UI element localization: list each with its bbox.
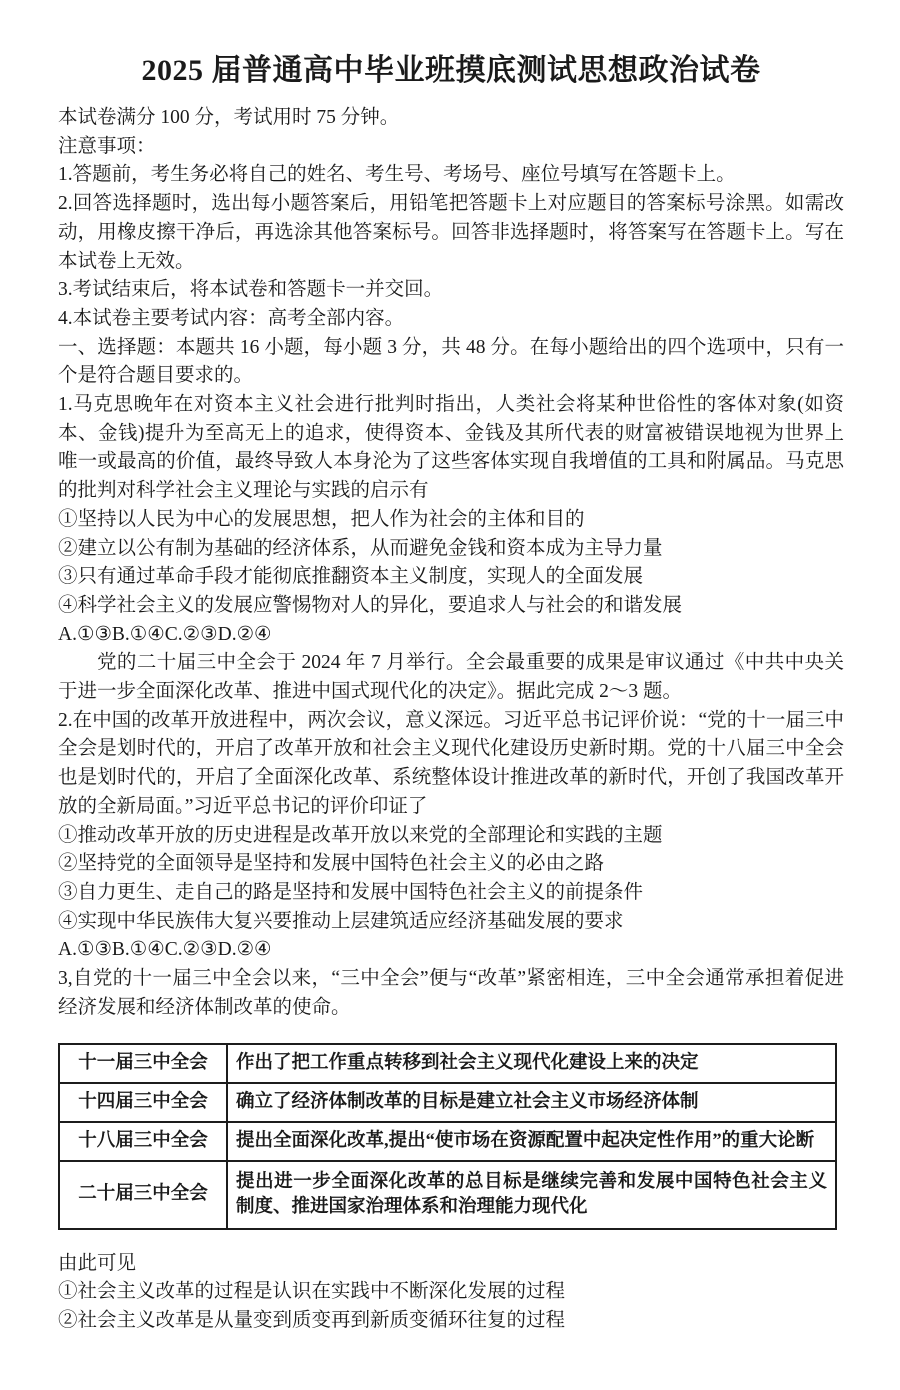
table-row: 十四届三中全会 确立了经济体制改革的目标是建立社会主义市场经济体制 bbox=[59, 1083, 836, 1122]
exam-title: 2025 届普通高中毕业班摸底测试思想政治试卷 bbox=[58, 48, 844, 94]
session-description-cell: 提出进一步全面深化改革的总目标是继续完善和发展中国特色社会主义制度、推进国家治理… bbox=[227, 1161, 836, 1229]
session-name-cell: 二十届三中全会 bbox=[59, 1161, 227, 1229]
notice-item-3: 3.考试结束后，将本试卷和答题卡一并交回。 bbox=[58, 276, 844, 305]
session-name-cell: 十八届三中全会 bbox=[59, 1122, 227, 1161]
question-1-option-2: ②建立以公有制为基础的经济体系，从而避免金钱和资本成为主导力量 bbox=[58, 535, 844, 564]
table-row: 二十届三中全会 提出进一步全面深化改革的总目标是继续完善和发展中国特色社会主义制… bbox=[59, 1161, 836, 1229]
exam-content: 2025 届普通高中毕业班摸底测试思想政治试卷 本试卷满分 100 分，考试用时… bbox=[58, 48, 844, 1336]
passage-q2-q3: 党的二十届三中全会于 2024 年 7 月举行。全会最重要的成果是审议通过《中共… bbox=[58, 649, 844, 706]
question-1-option-3: ③只有通过革命手段才能彻底推翻资本主义制度，实现人的全面发展 bbox=[58, 563, 844, 592]
session-description-cell: 作出了把工作重点转移到社会主义现代化建设上来的决定 bbox=[227, 1044, 836, 1083]
question-3-stem: 3,自党的十一届三中全会以来，“三中全会”便与“改革”紧密相连，三中全会通常承担… bbox=[58, 965, 844, 1022]
question-3-option-1: ①社会主义改革的过程是认识在实践中不断深化发展的过程 bbox=[58, 1278, 844, 1307]
plenary-sessions-table: 十一届三中全会 作出了把工作重点转移到社会主义现代化建设上来的决定 十四届三中全… bbox=[58, 1043, 837, 1230]
question-2-option-4: ④实现中华民族伟大复兴要推动上层建筑适应经济基础发展的要求 bbox=[58, 908, 844, 937]
question-3-conclusion-lead: 由此可见 bbox=[58, 1250, 844, 1279]
question-1-stem: 1.马克思晚年在对资本主义社会进行批判时指出，人类社会将某种世俗性的客体对象(如… bbox=[58, 391, 844, 506]
session-name-cell: 十一届三中全会 bbox=[59, 1044, 227, 1083]
notice-heading: 注意事项： bbox=[58, 133, 844, 162]
exam-meta-line: 本试卷满分 100 分，考试用时 75 分钟。 bbox=[58, 104, 844, 133]
question-1-answer-line: A.①③B.①④C.②③D.②④ bbox=[58, 621, 844, 650]
session-description-cell: 确立了经济体制改革的目标是建立社会主义市场经济体制 bbox=[227, 1083, 836, 1122]
exam-paper-page: 2025 届普通高中毕业班摸底测试思想政治试卷 本试卷满分 100 分，考试用时… bbox=[0, 0, 900, 1390]
question-2-answer-line: A.①③B.①④C.②③D.②④ bbox=[58, 936, 844, 965]
question-2-option-1: ①推动改革开放的历史进程是改革开放以来党的全部理论和实践的主题 bbox=[58, 822, 844, 851]
notice-item-2: 2.回答选择题时，选出每小题答案后，用铅笔把答题卡上对应题目的答案标号涂黑。如需… bbox=[58, 190, 844, 276]
session-name-cell: 十四届三中全会 bbox=[59, 1083, 227, 1122]
question-3-option-2: ②社会主义改革是从量变到质变再到新质变循环往复的过程 bbox=[58, 1307, 844, 1336]
notice-item-1: 1.答题前，考生务必将自己的姓名、考生号、考场号、座位号填写在答题卡上。 bbox=[58, 161, 844, 190]
session-description-cell: 提出全面深化改革,提出“使市场在资源配置中起决定性作用”的重大论断 bbox=[227, 1122, 836, 1161]
question-2-option-3: ③自力更生、走自己的路是坚持和发展中国特色社会主义的前提条件 bbox=[58, 879, 844, 908]
notice-item-4: 4.本试卷主要考试内容：高考全部内容。 bbox=[58, 305, 844, 334]
question-1-option-1: ①坚持以人民为中心的发展思想，把人作为社会的主体和目的 bbox=[58, 506, 844, 535]
question-2-stem: 2.在中国的改革开放进程中，两次会议，意义深远。习近平总书记评价说：“党的十一届… bbox=[58, 707, 844, 822]
question-2-option-2: ②坚持党的全面领导是坚持和发展中国特色社会主义的必由之路 bbox=[58, 850, 844, 879]
table-row: 十八届三中全会 提出全面深化改革,提出“使市场在资源配置中起决定性作用”的重大论… bbox=[59, 1122, 836, 1161]
table-row: 十一届三中全会 作出了把工作重点转移到社会主义现代化建设上来的决定 bbox=[59, 1044, 836, 1083]
section-heading: 一、选择题：本题共 16 小题，每小题 3 分，共 48 分。在每小题给出的四个… bbox=[58, 334, 844, 391]
question-1-option-4: ④科学社会主义的发展应警惕物对人的异化，要追求人与社会的和谐发展 bbox=[58, 592, 844, 621]
